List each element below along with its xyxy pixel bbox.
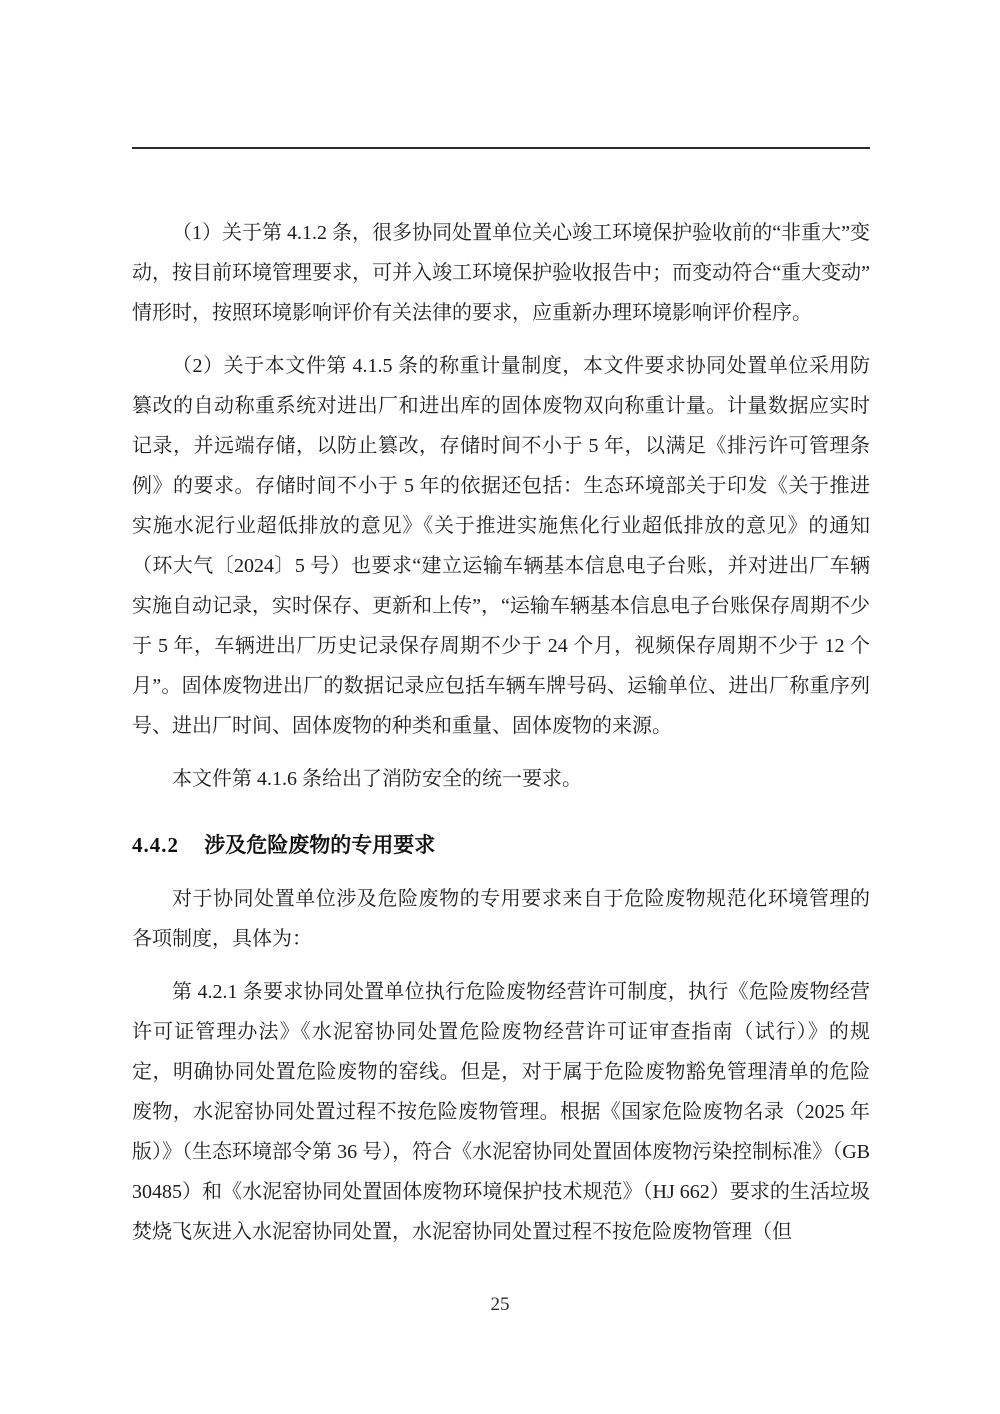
- body-paragraph-4: 对于协同处置单位涉及危险废物的专用要求来自于危险废物规范化环境管理的各项制度，具…: [132, 879, 870, 959]
- section-heading: 4.4.2 涉及危险废物的专用要求: [132, 825, 870, 866]
- body-paragraph-1: （1）关于第 4.1.2 条，很多协同处置单位关心竣工环境保护验收前的“非重大”…: [132, 213, 870, 333]
- document-page: （1）关于第 4.1.2 条，很多协同处置单位关心竣工环境保护验收前的“非重大”…: [0, 0, 1000, 1414]
- page-footer: 25: [0, 1293, 1000, 1317]
- body-paragraph-5: 第 4.2.1 条要求协同处置单位执行危险废物经营许可制度，执行《危险废物经营许…: [132, 972, 870, 1252]
- section-heading-title: 涉及危险废物的专用要求: [204, 834, 435, 857]
- section-heading-number: 4.4.2: [132, 833, 179, 857]
- body-paragraph-2: （2）关于本文件第 4.1.5 条的称重计量制度，本文件要求协同处置单位采用防篡…: [132, 346, 870, 746]
- page-content: （1）关于第 4.1.2 条，很多协同处置单位关心竣工环境保护验收前的“非重大”…: [132, 213, 870, 1252]
- page-number: 25: [491, 1294, 510, 1315]
- header-rule: [132, 147, 870, 149]
- body-paragraph-3: 本文件第 4.1.6 条给出了消防安全的统一要求。: [132, 759, 870, 799]
